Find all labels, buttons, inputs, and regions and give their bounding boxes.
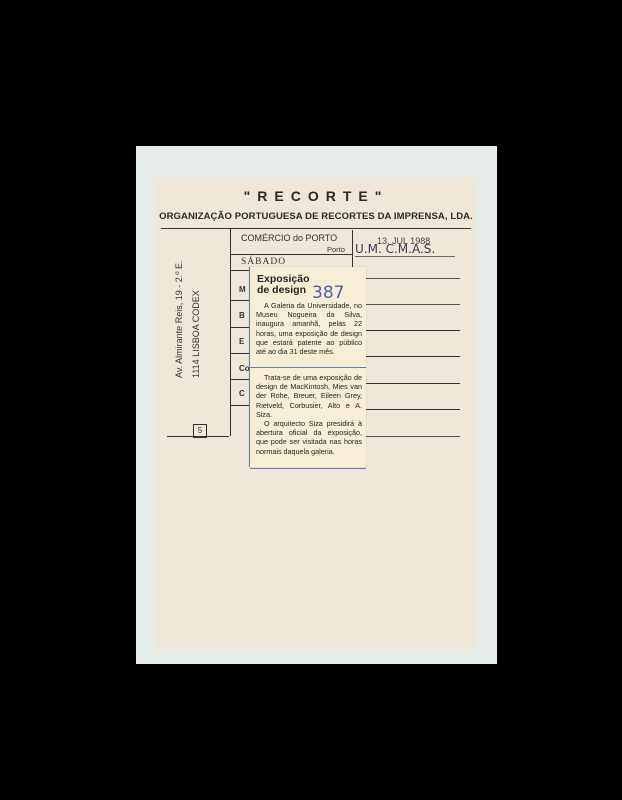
date-stamp: 13. JUL 1988 [377, 236, 430, 246]
paragraph-2: Trata-se de uma exposição de design de M… [256, 373, 362, 419]
newspaper-clipping: Exposição de design 387 A Galeria da Uni… [249, 267, 366, 467]
row-rule [365, 330, 460, 331]
row-initial-1: M [239, 285, 246, 294]
clipping-headline: Exposição de design [257, 274, 310, 296]
address-line-2: 1114 LISBOA CODEX [188, 260, 205, 378]
left-base-rule [167, 436, 229, 437]
clipping-separator [250, 367, 366, 368]
row-rule [365, 278, 460, 279]
publication-name: COMÉRCIO do PORTO [241, 233, 337, 243]
header-subtitle: ORGANIZAÇÃO PORTUGUESA DE RECORTES DA IM… [155, 211, 477, 222]
row-rule [365, 383, 460, 384]
clipping-form: "RECORTE" ORGANIZAÇÃO PORTUGUESA DE RECO… [155, 178, 477, 650]
publication-divider [352, 230, 353, 270]
handwritten-number: 387 [312, 283, 344, 303]
note-underline [355, 256, 455, 257]
row-rule [230, 353, 250, 354]
row-initial-3: E [239, 337, 244, 346]
address-line-1: Av. Almirante Reis, 19 - 2.º E. [171, 260, 188, 378]
row-rule [365, 356, 460, 357]
address-block: Av. Almirante Reis, 19 - 2.º E. 1114 LIS… [171, 260, 205, 378]
paragraph-3: O arquitecto Siza presidirá à abertura o… [256, 419, 362, 456]
publication-city: Porto [327, 245, 345, 254]
row-rule [230, 379, 250, 380]
publication-rule [230, 254, 352, 255]
header-rule [161, 228, 471, 229]
row-rule [365, 409, 460, 410]
day-label: SÁBADO [241, 257, 286, 267]
clipping-bottom-edge [250, 468, 366, 469]
row-rule [230, 405, 250, 406]
row-initial-5: C [239, 389, 245, 398]
row-rule [230, 300, 250, 301]
row-rule [365, 436, 460, 437]
headline-line-2: de design [257, 285, 310, 296]
row-rule [365, 304, 460, 305]
clipping-paragraph-1: A Galeria da Universidade, no Museu Nogu… [256, 301, 362, 356]
clipping-paragraph-2: Trata-se de uma exposição de design de M… [256, 373, 362, 456]
row-initial-2: B [239, 311, 245, 320]
header-title: "RECORTE" [155, 188, 477, 204]
paragraph-1: A Galeria da Universidade, no Museu Nogu… [256, 301, 362, 356]
row-rule [230, 327, 250, 328]
